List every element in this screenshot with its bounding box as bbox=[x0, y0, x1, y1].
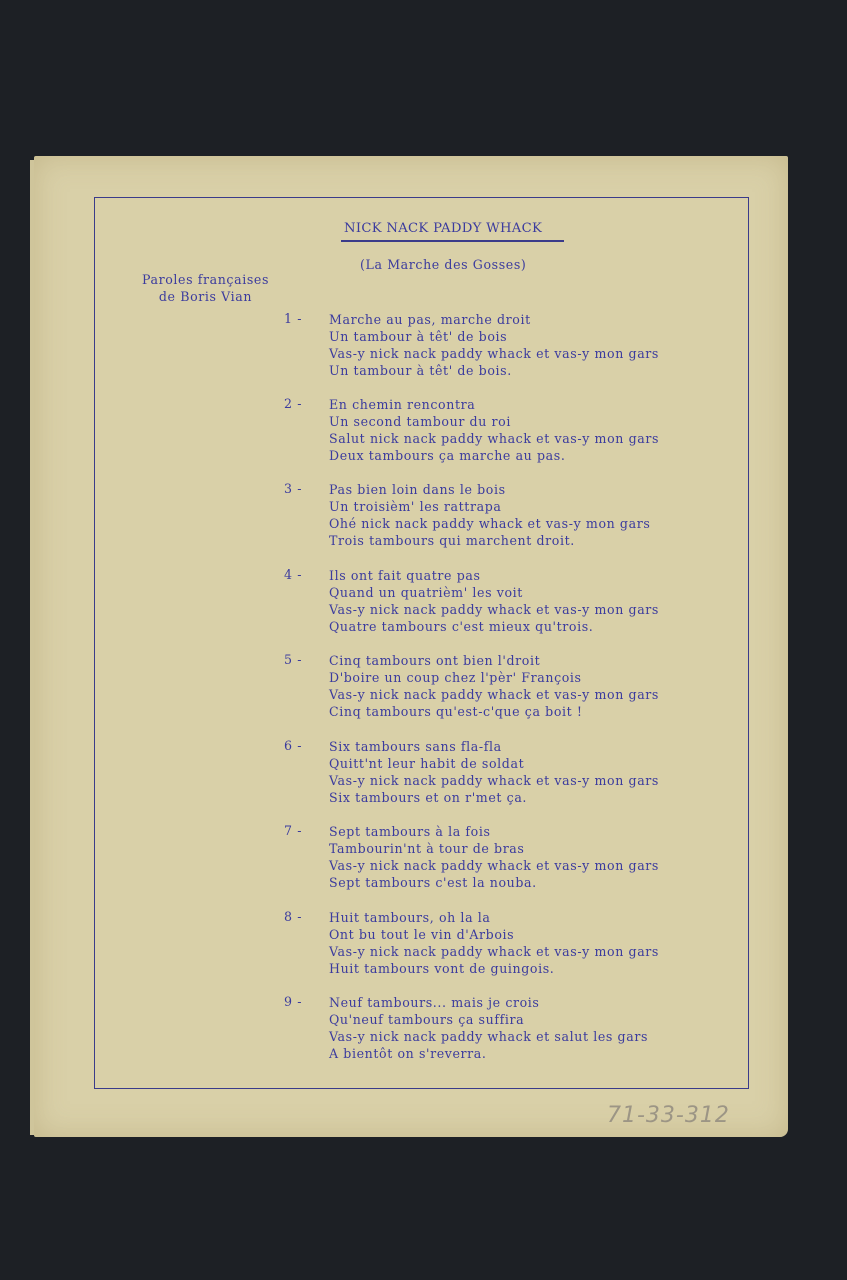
lyric-line: Vas-y nick nack paddy whack et vas-y mon… bbox=[329, 943, 659, 960]
lyric-line: Quand un quatrièm' les voit bbox=[329, 584, 659, 601]
lyric-line: Qu'neuf tambours ça suffira bbox=[329, 1011, 648, 1028]
lyric-line: Un second tambour du roi bbox=[329, 413, 659, 430]
lyric-line: Un tambour à têt' de bois bbox=[329, 328, 659, 345]
verse-number: 8 - bbox=[284, 909, 324, 924]
lyric-line: Vas-y nick nack paddy whack et vas-y mon… bbox=[329, 686, 659, 703]
lyric-line: Quitt'nt leur habit de soldat bbox=[329, 755, 659, 772]
lyric-line: Un tambour à têt' de bois. bbox=[329, 362, 659, 379]
lyric-line: Ohé nick nack paddy whack et vas-y mon g… bbox=[329, 515, 650, 532]
lyric-line: Cinq tambours qu'est-c'que ça boit ! bbox=[329, 703, 659, 720]
lyric-line: Vas-y nick nack paddy whack et vas-y mon… bbox=[329, 345, 659, 362]
lyric-line: Neuf tambours... mais je crois bbox=[329, 994, 648, 1011]
song-subtitle: (La Marche des Gosses) bbox=[360, 257, 526, 272]
lyric-line: Tambourin'nt à tour de bras bbox=[329, 840, 659, 857]
lyric-line: Huit tambours vont de guingois. bbox=[329, 960, 659, 977]
lyric-line: Vas-y nick nack paddy whack et salut les… bbox=[329, 1028, 648, 1045]
verse-number: 1 - bbox=[284, 311, 324, 326]
lyric-line: Marche au pas, marche droit bbox=[329, 311, 659, 328]
lyric-line: Six tambours sans fla-fla bbox=[329, 738, 659, 755]
verse-number: 5 - bbox=[284, 652, 324, 667]
lyric-line: A bientôt on s'reverra. bbox=[329, 1045, 648, 1062]
lyric-line: Vas-y nick nack paddy whack et vas-y mon… bbox=[329, 601, 659, 618]
lyric-line: D'boire un coup chez l'pèr' François bbox=[329, 669, 659, 686]
verse-number: 9 - bbox=[284, 994, 324, 1009]
lyricist-credit: Paroles françaises de Boris Vian bbox=[128, 271, 283, 305]
lyric-line: Sept tambours à la fois bbox=[329, 823, 659, 840]
lyric-line: Salut nick nack paddy whack et vas-y mon… bbox=[329, 430, 659, 447]
credit-line: Paroles françaises bbox=[128, 271, 283, 288]
title-underline bbox=[341, 240, 564, 242]
lyric-line: Vas-y nick nack paddy whack et vas-y mon… bbox=[329, 772, 659, 789]
lyric-line: Deux tambours ça marche au pas. bbox=[329, 447, 659, 464]
lyric-line: Trois tambours qui marchent droit. bbox=[329, 532, 650, 549]
verse-number: 4 - bbox=[284, 567, 324, 582]
lyric-line: Ils ont fait quatre pas bbox=[329, 567, 659, 584]
song-title: NICK NACK PADDY WHACK bbox=[344, 221, 542, 236]
lyric-line: Huit tambours, oh la la bbox=[329, 909, 659, 926]
credit-line: de Boris Vian bbox=[128, 288, 283, 305]
lyric-line: Cinq tambours ont bien l'droit bbox=[329, 652, 659, 669]
lyric-line: En chemin rencontra bbox=[329, 396, 659, 413]
lyric-line: Six tambours et on r'met ça. bbox=[329, 789, 659, 806]
catalog-number: 71-33-312 bbox=[607, 1103, 730, 1128]
lyric-line: Un troisièm' les rattrapa bbox=[329, 498, 650, 515]
lyric-line: Sept tambours c'est la nouba. bbox=[329, 874, 659, 891]
lyric-line: Quatre tambours c'est mieux qu'trois. bbox=[329, 618, 659, 635]
verse-number: 2 - bbox=[284, 396, 324, 411]
verse-number: 3 - bbox=[284, 481, 324, 496]
verse-number: 6 - bbox=[284, 738, 324, 753]
lyric-line: Vas-y nick nack paddy whack et vas-y mon… bbox=[329, 857, 659, 874]
verse-number: 7 - bbox=[284, 823, 324, 838]
lyric-line: Pas bien loin dans le bois bbox=[329, 481, 650, 498]
lyric-line: Ont bu tout le vin d'Arbois bbox=[329, 926, 659, 943]
